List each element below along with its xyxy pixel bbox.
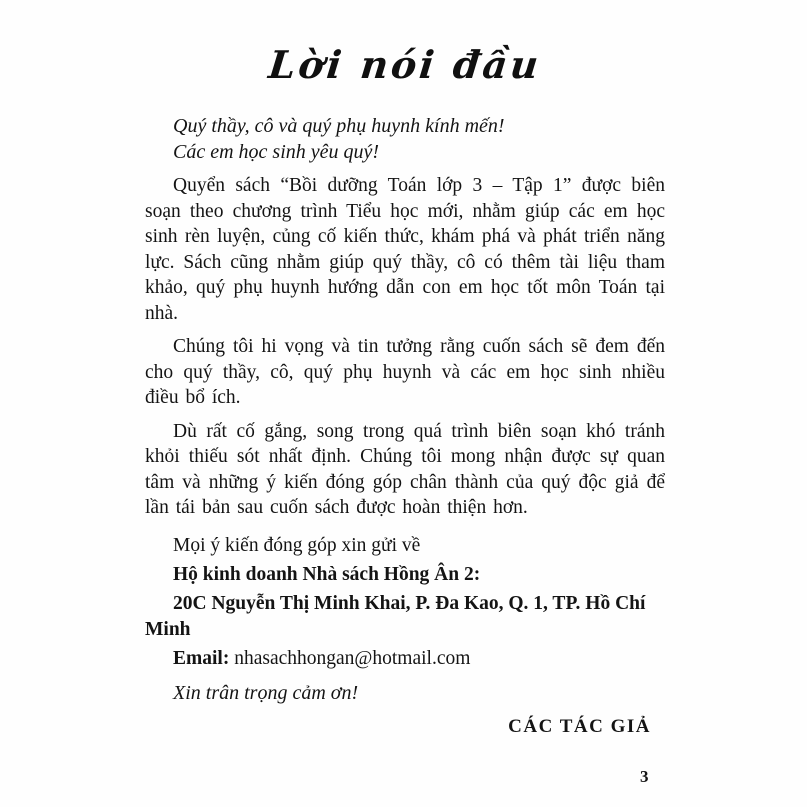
- greeting-line-teachers: Quý thầy, cô và quý phụ huynh kính mến!: [145, 113, 665, 139]
- contact-address: 20C Nguyễn Thị Minh Khai, P. Đa Kao, Q. …: [145, 591, 665, 643]
- email-label: Email:: [173, 648, 229, 669]
- page-content: Lời nói đầu Quý thầy, cô và quý phụ huyn…: [145, 42, 665, 738]
- authors-signature: CÁC TÁC GIẢ: [145, 716, 651, 738]
- greeting-line-students: Các em học sinh yêu quý!: [145, 139, 665, 165]
- email-address: nhasachhongan@hotmail.com: [229, 648, 470, 669]
- contact-business-name: Hộ kinh doanh Nhà sách Hồng Ân 2:: [145, 562, 665, 588]
- page-title: Lời nói đầu: [143, 42, 668, 87]
- paragraph-apology: Dù rất cố gắng, song trong quá trình biê…: [145, 419, 665, 521]
- page-number: 3: [640, 767, 649, 787]
- book-page: Lời nói đầu Quý thầy, cô và quý phụ huyn…: [0, 0, 807, 807]
- thanks-line: Xin trân trọng cảm ơn!: [145, 680, 665, 706]
- paragraph-introduction: Quyển sách “Bồi dưỡng Toán lớp 3 – Tập 1…: [145, 173, 665, 326]
- paragraph-hope: Chúng tôi hi vọng và tin tưởng rằng cuốn…: [145, 334, 665, 411]
- contact-email-line: Email: nhasachhongan@hotmail.com: [145, 646, 665, 672]
- feedback-invitation-line: Mọi ý kiến đóng góp xin gửi về: [145, 533, 665, 559]
